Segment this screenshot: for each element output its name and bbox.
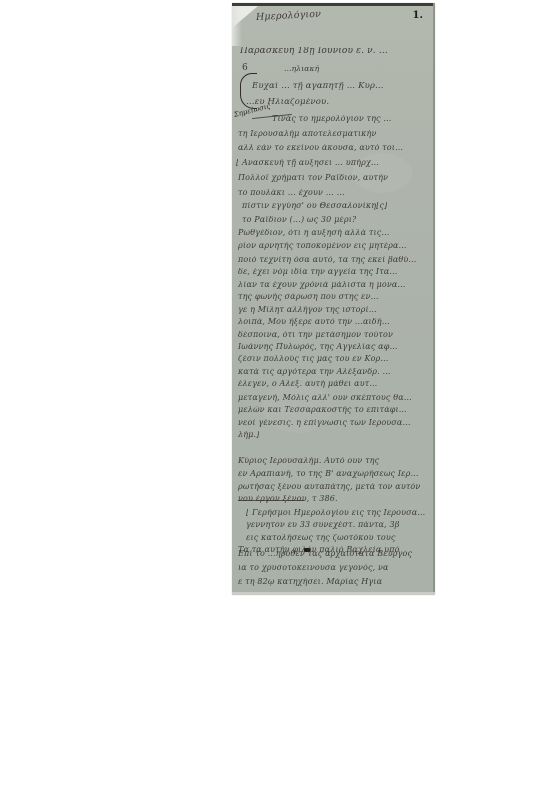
manuscript-line: το Ραϊδιον (…) ως 30 μέρι? bbox=[242, 216, 356, 224]
manuscript-line: Ιωάννης Πυλωρός, της Αγγελίας αφ… bbox=[238, 343, 398, 351]
margin-number: 6 bbox=[242, 63, 248, 73]
manuscript-line: ρίον αρνητής τοποκομένον εις μητέρα… bbox=[238, 242, 407, 250]
manuscript-line: Ημερολόγιον bbox=[256, 10, 322, 23]
manuscript-line: Ευχαί … τῇ αγαπητῇ … Κυρ… bbox=[252, 82, 384, 91]
manuscript-line: νεοί γένεσις. η επίγνωσις των Ιερουσα… bbox=[238, 419, 411, 427]
manuscript-line: έλεγεν, ο Αλεξ. αυτή μάθει αυτ… bbox=[238, 380, 377, 388]
page-right-edge bbox=[433, 3, 435, 595]
manuscript-footer-line: ε τη 82ῳ κατηχήσει. Μάρίας Ηγια bbox=[238, 578, 382, 586]
manuscript-line: λήμ.] bbox=[238, 431, 259, 439]
manuscript-line: μελών και Τεσσαρακοστής το επιτάφι… bbox=[238, 406, 407, 414]
manuscript-footer-line: ια το χρυσοτοκεινουσα γεγονός, να bbox=[238, 564, 389, 572]
manuscript-line: πίστιν εγγύησ' ου Θεσσαλονίκη[ς] bbox=[242, 202, 387, 210]
page-bottom-edge bbox=[232, 592, 435, 595]
torn-corner-shade bbox=[232, 6, 242, 46]
manuscript-line: εις κατολήσεως της ζωοτόκου τους bbox=[246, 534, 396, 542]
manuscript-line: μεταγενή, Μόλις αλλ' ουν σκέπτους θα… bbox=[238, 394, 412, 402]
manuscript-line: …ευ Ηλιαζομένου. bbox=[246, 98, 329, 107]
manuscript-line: ρωτήσας ξένου αυταπάτης, μετά τον αυτόν bbox=[238, 483, 420, 491]
manuscript-line: δε, έχει νόμ ιδία την αγγεία της Ιτα… bbox=[238, 268, 398, 276]
manuscript-line: κατά τις αργότερα την Αλέξανδρ. … bbox=[238, 368, 391, 376]
manuscript-footer-line: Επί το …ηρόθεν τας αρχαιότατα Βεύργος bbox=[238, 550, 412, 558]
manuscript-line: λίαν τα έχουν χρόνιά μάλιστα η μονα… bbox=[238, 281, 406, 289]
manuscript-line: Παρασκευή 18ῃ Ιουνίου ε. ν. … bbox=[240, 47, 388, 56]
manuscript-line: γεννητον ευ 33 συνεχέστ. πάντα, 3β bbox=[246, 521, 400, 529]
manuscript-line: της φωνής σάρωση που στης εν… bbox=[238, 293, 379, 301]
manuscript-line: Πολλοῖ χρήματι τον Ραΐδιον, αυτήν bbox=[238, 174, 388, 182]
manuscript-line: τη Ιερουσαλήμ αποτελεσματικήν bbox=[238, 130, 377, 138]
manuscript-line: δέσποινα, ότι την μετάσημον τούτον bbox=[238, 331, 393, 339]
manuscript-line: γε η Μίλητ αλλήγον της ιστορί… bbox=[238, 306, 377, 314]
manuscript-line: Τινάς το ημερολόγιον της … bbox=[272, 115, 392, 123]
manuscript-line: ζέσιν πολλούς τις μας του εν Κορ… bbox=[238, 355, 389, 363]
manuscript-line: το πουλάκι … έχουν … … bbox=[238, 189, 345, 197]
manuscript-line: Κύριος Ιερουσαλήμ. Αυτό ουν της bbox=[238, 457, 379, 465]
manuscript-line: εν Αραπιανή, το της Β' αναχωρήσεως Ιερ… bbox=[238, 470, 419, 478]
manuscript-page: 1. 6 Σημείωσις ΗμερολόγιονΠαρασκευή 18ῃ … bbox=[232, 3, 435, 595]
manuscript-line: Ρωθγέδιον, ότι η αυξησή αλλά τις… bbox=[238, 229, 390, 237]
manuscript-line: ποιό τεχνίτη όσα αυτό, τα της εκεί βαθύ… bbox=[238, 256, 417, 264]
manuscript-line: νου έργον ξένου, τ 386. bbox=[238, 495, 338, 503]
page-number: 1. bbox=[413, 10, 423, 21]
manuscript-line: …ηλιακή bbox=[284, 65, 319, 73]
manuscript-line: [ Γερήσμοι Ημερολογίου εις της Ιερουσα… bbox=[246, 509, 425, 517]
document-viewer: 1. 6 Σημείωσις ΗμερολόγιονΠαρασκευή 18ῃ … bbox=[0, 0, 549, 800]
manuscript-line: λοιπά, Μου ήξερε αυτό την …αιδή… bbox=[238, 318, 390, 326]
manuscript-line: αλλ εάν το εκείνου άκουσα, αυτό τοι… bbox=[238, 144, 403, 152]
page-top-edge bbox=[232, 3, 435, 6]
manuscript-line: [ Ανασκευή τῇ αυξησει … υπήρχ… bbox=[236, 159, 379, 167]
